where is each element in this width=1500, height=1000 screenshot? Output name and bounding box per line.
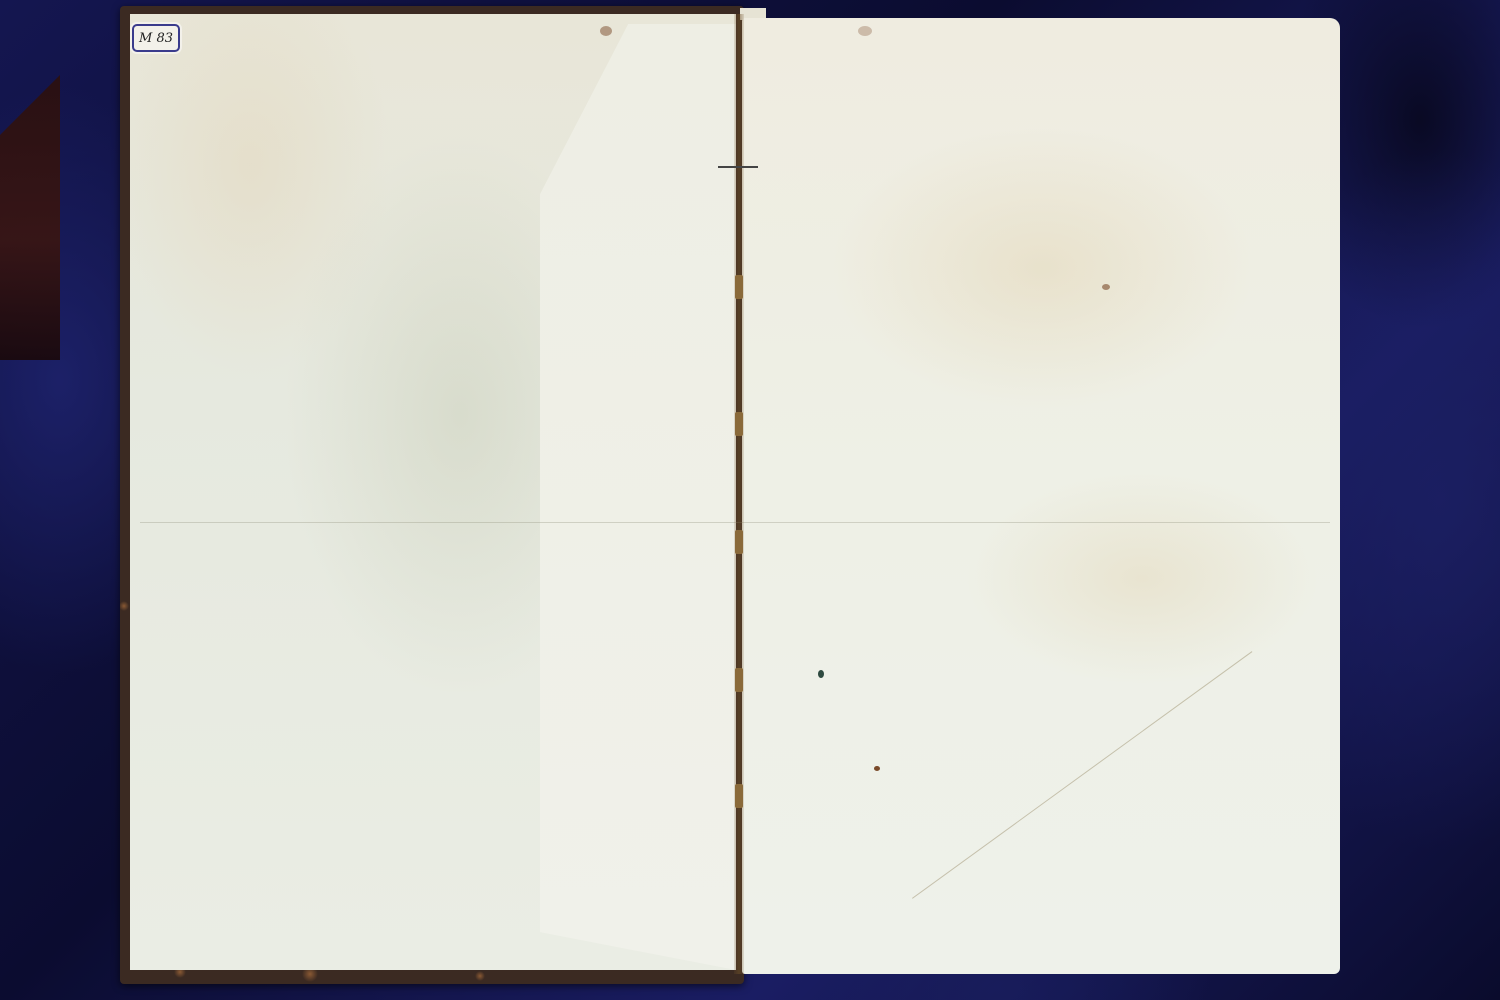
foxing-spot: [858, 26, 872, 36]
binding-tie: [735, 668, 743, 692]
shelfmark-text: M 83: [139, 31, 173, 46]
book-gutter: [734, 14, 744, 974]
foxing-spot: [874, 766, 880, 771]
foxing-spot: [1102, 284, 1110, 290]
folded-flap: [540, 24, 736, 970]
foxing-spot: [600, 26, 612, 36]
binding-tie: [735, 412, 743, 436]
binding-thread: [718, 166, 758, 168]
shelfmark-label: M 83: [132, 24, 180, 52]
right-page: [742, 18, 1340, 974]
binding-tie: [735, 784, 743, 808]
binding-tie: [735, 530, 743, 554]
binding-tie: [735, 275, 743, 299]
ink-spot: [818, 670, 824, 678]
